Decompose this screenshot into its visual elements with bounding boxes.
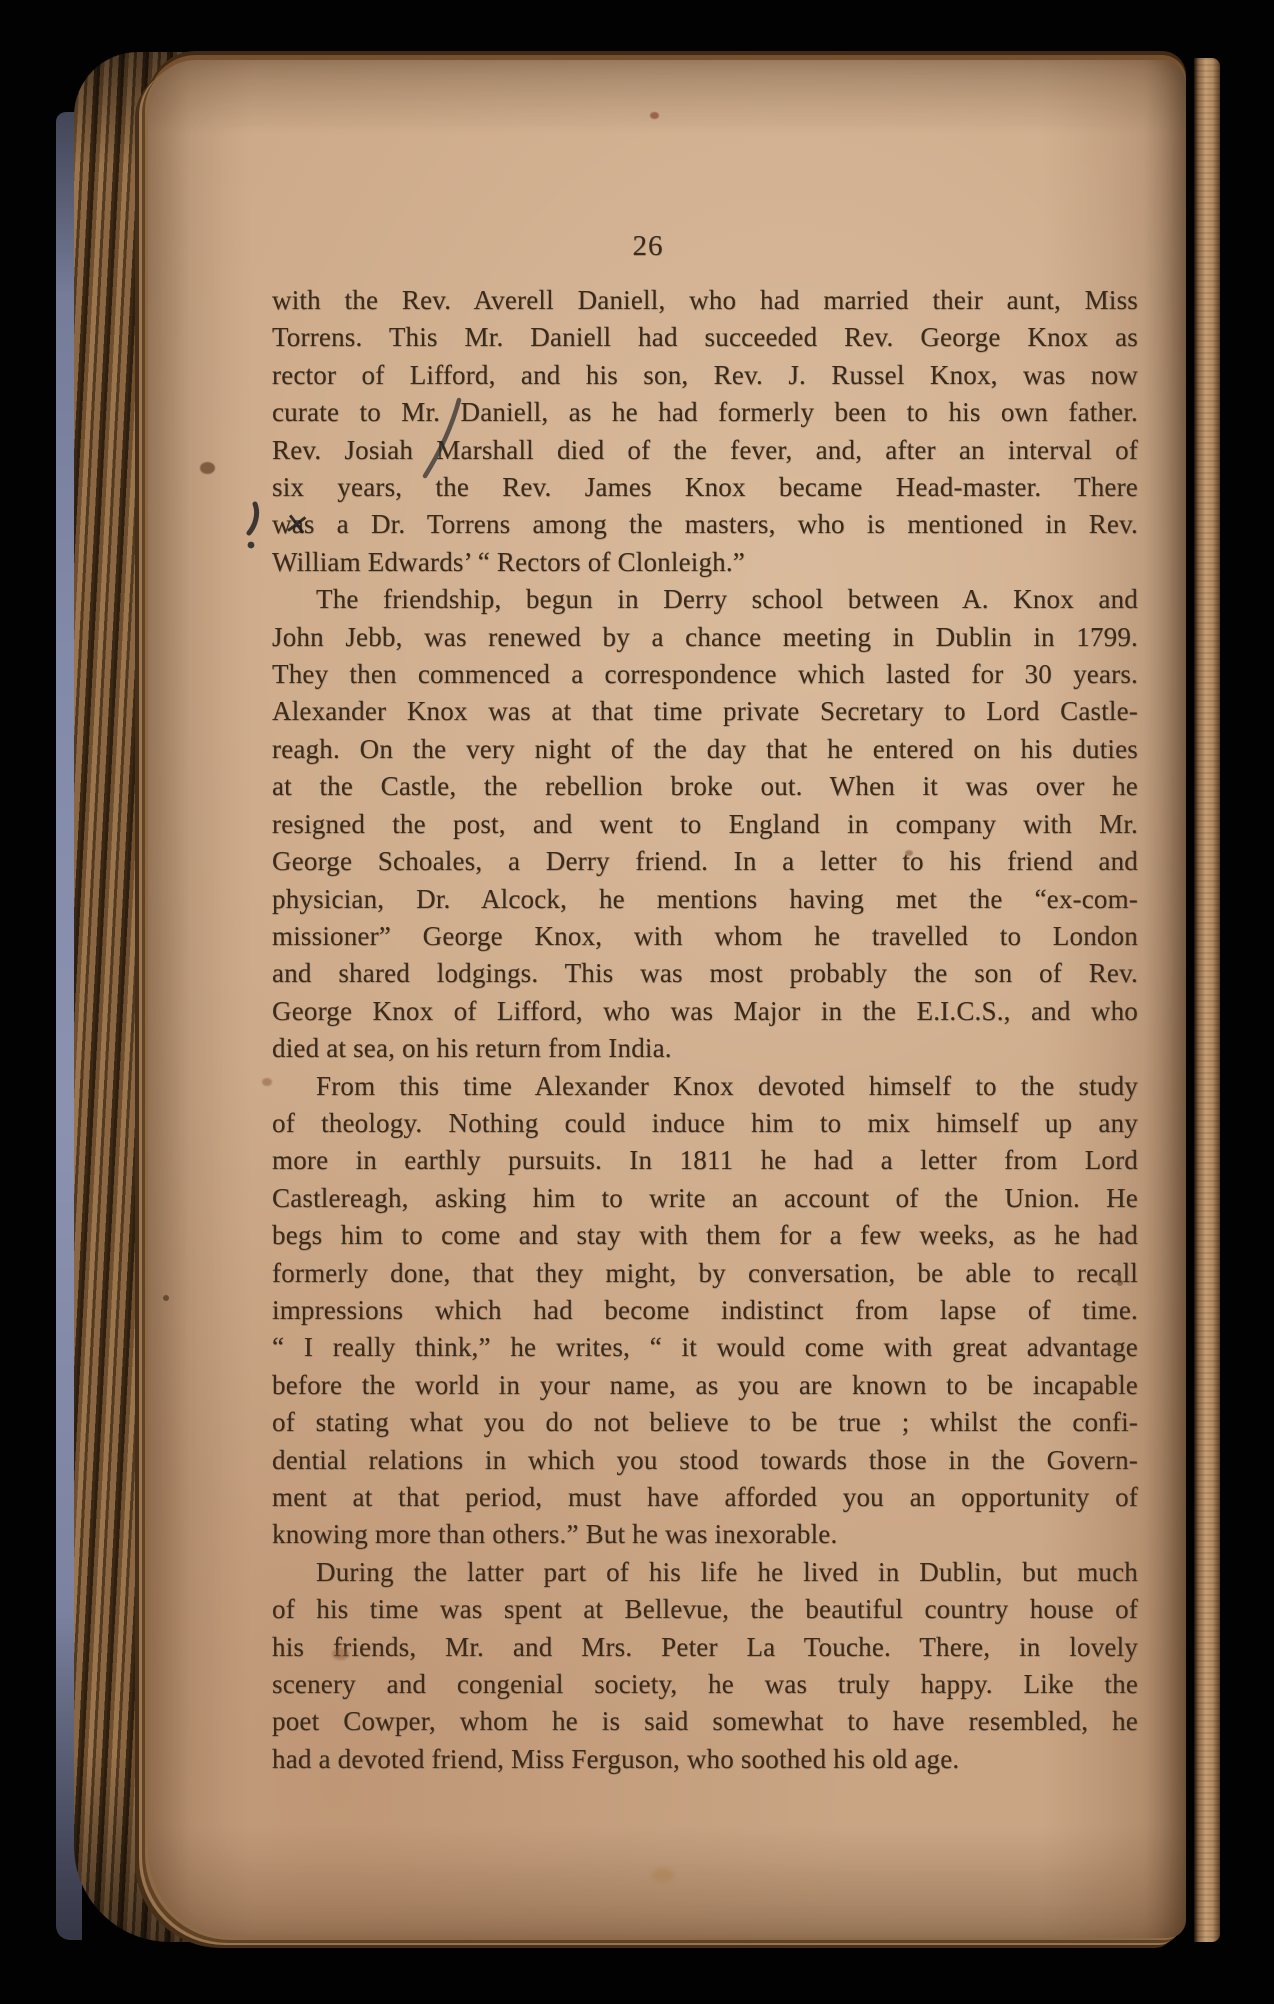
text-line: George Schoales, a Derry friend. In a le… <box>272 843 1138 880</box>
stain <box>262 1078 272 1086</box>
text-line: more in earthly pursuits. In 1811 he had… <box>272 1142 1138 1179</box>
text-line: and shared lodgings. This was most proba… <box>272 955 1138 992</box>
text-line: reagh. On the very night of the day that… <box>272 731 1138 768</box>
text-line: dential relations in which you stood tow… <box>272 1442 1138 1479</box>
stain <box>200 462 215 474</box>
text-line: “ I really think,” he writes, “ it would… <box>272 1329 1138 1366</box>
text-line: resigned the post, and went to England i… <box>272 806 1138 843</box>
text-line: William Edwards’ “ Rectors of Clonleigh.… <box>272 544 1138 581</box>
text-line: Rev. Josiah Marshall died of the fever, … <box>272 432 1138 469</box>
text-line: of theology. Nothing could induce him to… <box>272 1105 1138 1142</box>
pencil-query-mark-annotation <box>240 500 266 552</box>
text-line: was a Dr. Torrens among the masters, who… <box>272 506 1138 543</box>
text-line: During the latter part of his life he li… <box>272 1554 1138 1591</box>
stain <box>652 1868 674 1882</box>
text-line: From this time Alexander Knox devoted hi… <box>272 1068 1138 1105</box>
text-line: had a devoted friend, Miss Ferguson, who… <box>272 1741 1138 1778</box>
book-page: 26 with the Rev. Averell Daniell, who ha… <box>148 60 1186 1938</box>
text-line: impressions which had become indistinct … <box>272 1292 1138 1329</box>
book-scan-photo: 26 with the Rev. Averell Daniell, who ha… <box>0 0 1274 2004</box>
text-line: knowing more than others.” But he was in… <box>272 1516 1138 1553</box>
text-line: of stating what you do not believe to be… <box>272 1404 1138 1441</box>
text-line: Castlereagh, asking him to write an acco… <box>272 1180 1138 1217</box>
text-line: physician, Dr. Alcock, he mentions havin… <box>272 881 1138 918</box>
text-line: missioner” George Knox, with whom he tra… <box>272 918 1138 955</box>
text-line: six years, the Rev. James Knox became He… <box>272 469 1138 506</box>
text-line: with the Rev. Averell Daniell, who had m… <box>272 282 1138 319</box>
text-line: poet Cowper, whom he is said somewhat to… <box>272 1703 1138 1740</box>
text-line: his friends, Mr. and Mrs. Peter La Touch… <box>272 1629 1138 1666</box>
text-line: rector of Lifford, and his son, Rev. J. … <box>272 357 1138 394</box>
text-line: The friendship, begun in Derry school be… <box>272 581 1138 618</box>
text-line: scenery and congenial society, he was tr… <box>272 1666 1138 1703</box>
stain <box>163 1295 169 1301</box>
stain <box>650 112 659 119</box>
page-number: 26 <box>598 230 698 263</box>
text-line: begs him to come and stay with them for … <box>272 1217 1138 1254</box>
text-line: George Knox of Lifford, who was Major in… <box>272 993 1138 1030</box>
text-line: before the world in your name, as you ar… <box>272 1367 1138 1404</box>
text-line: ment at that period, must have afforded … <box>272 1479 1138 1516</box>
text-line: Torrens. This Mr. Daniell had succeeded … <box>272 319 1138 356</box>
text-line: of his time was spent at Bellevue, the b… <box>272 1591 1138 1628</box>
text-line: curate to Mr. Daniell, as he had formerl… <box>272 394 1138 431</box>
text-line: died at sea, on his return from India. <box>272 1030 1138 1067</box>
facing-pages-fore-edge <box>1194 58 1220 1942</box>
text-line: John Jebb, was renewed by a chance meeti… <box>272 619 1138 656</box>
text-line: formerly done, that they might, by conve… <box>272 1255 1138 1292</box>
text-line: at the Castle, the rebellion broke out. … <box>272 768 1138 805</box>
text-line: They then commenced a correspondence whi… <box>272 656 1138 693</box>
text-block: with the Rev. Averell Daniell, who had m… <box>272 282 1138 1778</box>
text-line: Alexander Knox was at that time private … <box>272 693 1138 730</box>
